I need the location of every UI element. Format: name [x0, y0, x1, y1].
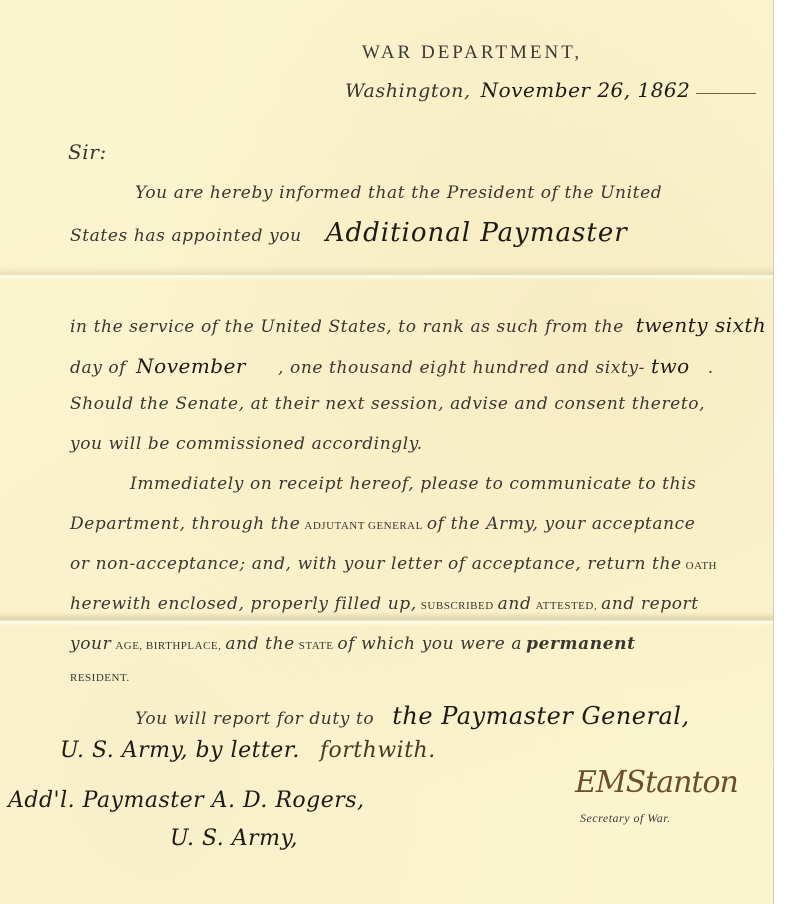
body-line-11-c: of which you were a [337, 634, 522, 654]
subscribed-caps: Subscribed [421, 600, 494, 612]
signature-title: Secretary of War. [580, 811, 671, 826]
body-line-10-a: herewith enclosed, properly filled up, [70, 594, 417, 614]
body-line-4-prefix: day of [70, 358, 126, 378]
body-line-11-b: and the [225, 634, 294, 654]
adjutant-general-caps: Adjutant General [304, 520, 422, 532]
date-underline [696, 93, 756, 94]
body-line-10: herewith enclosed, properly filled up, S… [70, 594, 699, 614]
appointment-handwritten: Additional Paymaster [326, 218, 628, 248]
rank-day-handwritten: twenty sixth [636, 313, 766, 337]
letter-paper: WAR DEPARTMENT, Washington, November 26,… [0, 0, 774, 904]
body-line-4-middle: , one thousand eight hundred and sixty- [278, 358, 645, 378]
body-line-2: States has appointed you Additional Paym… [70, 218, 628, 248]
body-line-9-a: or non-acceptance; and, with your letter… [70, 554, 682, 574]
body-line-7: Immediately on receipt hereof, please to… [130, 474, 697, 494]
report-line-2: U. S. Army, by letter. forthwith. [60, 738, 436, 763]
body-line-13-prefix: You will report for duty to [135, 709, 374, 729]
body-line-3-prefix: in the service of the United States, to … [70, 317, 624, 337]
attested-caps: Attested, [535, 600, 597, 612]
body-line-1: You are hereby informed that the Preside… [135, 183, 662, 203]
age-birthplace-caps: Age, Birthplace, [115, 640, 221, 652]
oath-caps: Oath [686, 560, 717, 572]
fold-line-upper [0, 266, 773, 280]
body-line-8: Department, through the Adjutant General… [70, 514, 695, 534]
body-line-2-prefix: States has appointed you [70, 226, 302, 246]
fold-line-lower [0, 612, 773, 626]
body-line-11: your Age, Birthplace, and the State of w… [70, 634, 636, 654]
body-line-6: you will be commissioned accordingly. [70, 434, 423, 454]
rank-year-handwritten: two [651, 354, 690, 378]
salutation: Sir: [68, 140, 107, 164]
date-handwritten: November 26, 1862 [481, 78, 691, 102]
body-line-8-b: of the Army, your acceptance [427, 514, 696, 534]
letterhead-title: WAR DEPARTMENT, [362, 42, 582, 64]
addressee-line-1: Add'l. Paymaster A. D. Rogers, [8, 788, 365, 813]
report-army-handwritten: U. S. Army, by letter. [60, 738, 300, 763]
body-line-4-suffix: . [708, 358, 714, 378]
place-label: Washington, [345, 80, 471, 102]
body-line-10-b: and [498, 594, 532, 614]
place-date-line: Washington, November 26, 1862 [345, 78, 756, 102]
body-line-10-c: and report [601, 594, 699, 614]
rank-month-handwritten: November [136, 354, 246, 378]
body-line-9: or non-acceptance; and, with your letter… [70, 554, 717, 574]
signature-stanton: EMStanton [575, 765, 738, 800]
body-line-4: day of November , one thousand eight hun… [70, 354, 714, 378]
body-line-13: You will report for duty to the Paymaste… [135, 702, 690, 730]
body-line-8-a: Department, through the [70, 514, 300, 534]
state-caps: State [299, 640, 334, 652]
resident-caps: Resident. [70, 672, 130, 684]
report-to-handwritten: the Paymaster General, [392, 702, 689, 730]
permanent-bold: permanent [526, 634, 635, 654]
body-line-11-a: your [70, 634, 111, 654]
body-line-5: Should the Senate, at their next session… [70, 394, 705, 414]
body-line-3: in the service of the United States, to … [70, 313, 766, 337]
report-forthwith-handwritten: forthwith. [320, 738, 436, 763]
addressee-line-2: U. S. Army, [170, 826, 298, 851]
